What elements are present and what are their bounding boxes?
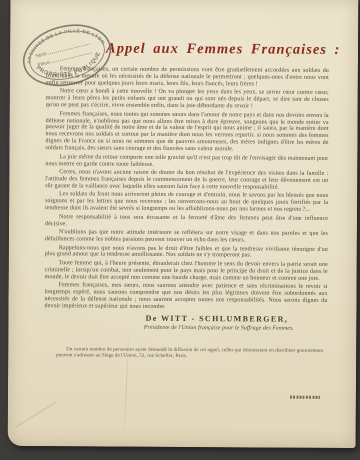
- body-paragraph: Notre cœur a bondi à cette nouvelle ! On…: [46, 88, 329, 110]
- body-paragraph: N'oublions pas que notre attitude intéri…: [45, 229, 328, 245]
- stamp-serie-label: Série: [35, 51, 48, 60]
- body-paragraph: Femmes françaises, nous toutes qui somme…: [45, 111, 328, 154]
- body-paragraph: Rappelons-nous que nous n'avons pas le d…: [45, 245, 328, 261]
- body-paragraph: La joie même du retour comporte une tell…: [45, 154, 328, 170]
- document-photo: ARCHIVES DE LA VILLE DE LYON PROPRIÉTÉ P…: [0, 0, 360, 460]
- body-paragraph: Notre responsabilité à tous sera écrasan…: [45, 214, 328, 230]
- document-body: Femmes françaises, un certain nombre de …: [44, 66, 329, 360]
- paper-crease-corner: [15, 402, 56, 428]
- signature-role: Présidente de l'Union française pour le …: [44, 324, 327, 333]
- body-paragraph: Les soldats du front nous arriveront ple…: [45, 192, 328, 214]
- body-paragraph: Toute femme qui, à l'heure présente, ébr…: [45, 260, 328, 282]
- distribution-footnote: Un certain nombre de personnes ayant dem…: [56, 347, 323, 361]
- body-paragraph: Certes, nous n'avons aucune raison de do…: [45, 169, 328, 191]
- signature-name: De WITT - SCHLUMBERGER,: [44, 315, 327, 324]
- printer-imprint-line: [290, 396, 320, 399]
- body-paragraph: Femmes françaises, mes sœurs, nous sauro…: [44, 282, 327, 311]
- document-title: Appel aux Femmes Françaises :: [106, 41, 328, 59]
- paper-sheet: ARCHIVES DE LA VILLE DE LYON PROPRIÉTÉ P…: [8, 0, 359, 448]
- body-paragraph: Femmes françaises, un certain nombre de …: [46, 66, 329, 88]
